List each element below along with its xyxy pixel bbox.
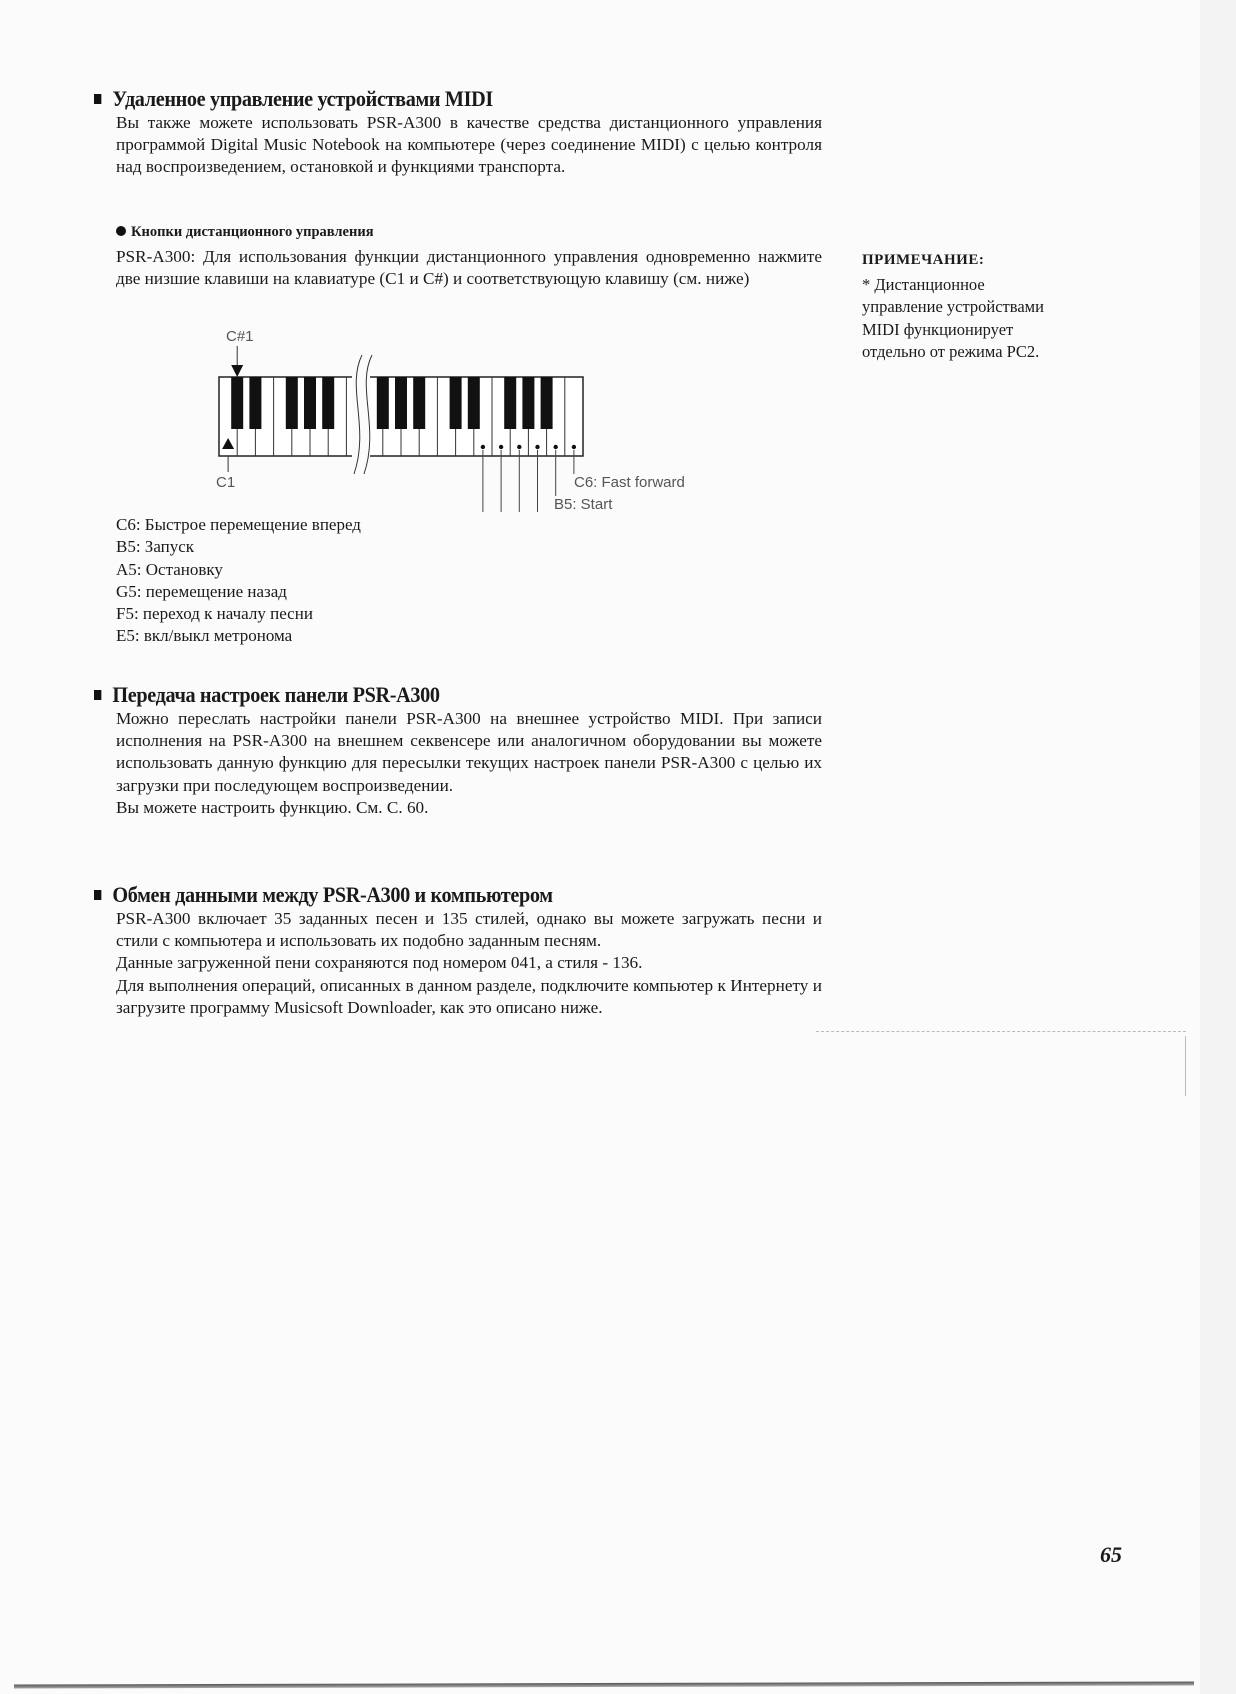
key-function-list: C6: Быстрое перемещение вперед B5: Запус… [116, 514, 361, 648]
key-function-item: C6: Быстрое перемещение вперед [116, 514, 361, 536]
key-function-item: E5: вкл/выкл метронома [116, 625, 361, 647]
section-paragraph: PSR-A300 включает 35 заданных песен и 13… [116, 908, 822, 1019]
bullet-square-icon [94, 690, 101, 700]
scan-artifact [1185, 1036, 1186, 1096]
heading-text: Обмен данными между PSR-A300 и компьютер… [112, 882, 552, 907]
paragraph: PSR-A300 включает 35 заданных песен и 13… [116, 908, 822, 952]
key-function-item: B5: Запуск [116, 536, 361, 558]
paragraph: Вы можете настроить функцию. См. С. 60. [116, 797, 822, 819]
key-function-item: G5: перемещение назад [116, 581, 361, 603]
key-function-item: A5: Остановку [116, 559, 361, 581]
section-heading-panel-transfer: Передача настроек панели PSR-A300 [94, 682, 440, 708]
keyboard-diagram [0, 0, 1236, 1694]
paragraph: Можно переслать настройки панели PSR-A30… [116, 708, 822, 797]
section-paragraph: Можно переслать настройки панели PSR-A30… [116, 708, 822, 819]
scan-artifact [816, 1031, 1186, 1032]
paragraph: Для выполнения операций, описанных в дан… [116, 975, 822, 1019]
bullet-square-icon [94, 890, 101, 900]
paragraph: Данные загруженной пени сохраняются под … [116, 952, 822, 974]
heading-text: Передача настроек панели PSR-A300 [112, 682, 439, 707]
section-heading-data-exchange: Обмен данными между PSR-A300 и компьютер… [94, 882, 553, 908]
key-function-item: F5: переход к началу песни [116, 603, 361, 625]
page-number: 65 [1100, 1542, 1122, 1568]
